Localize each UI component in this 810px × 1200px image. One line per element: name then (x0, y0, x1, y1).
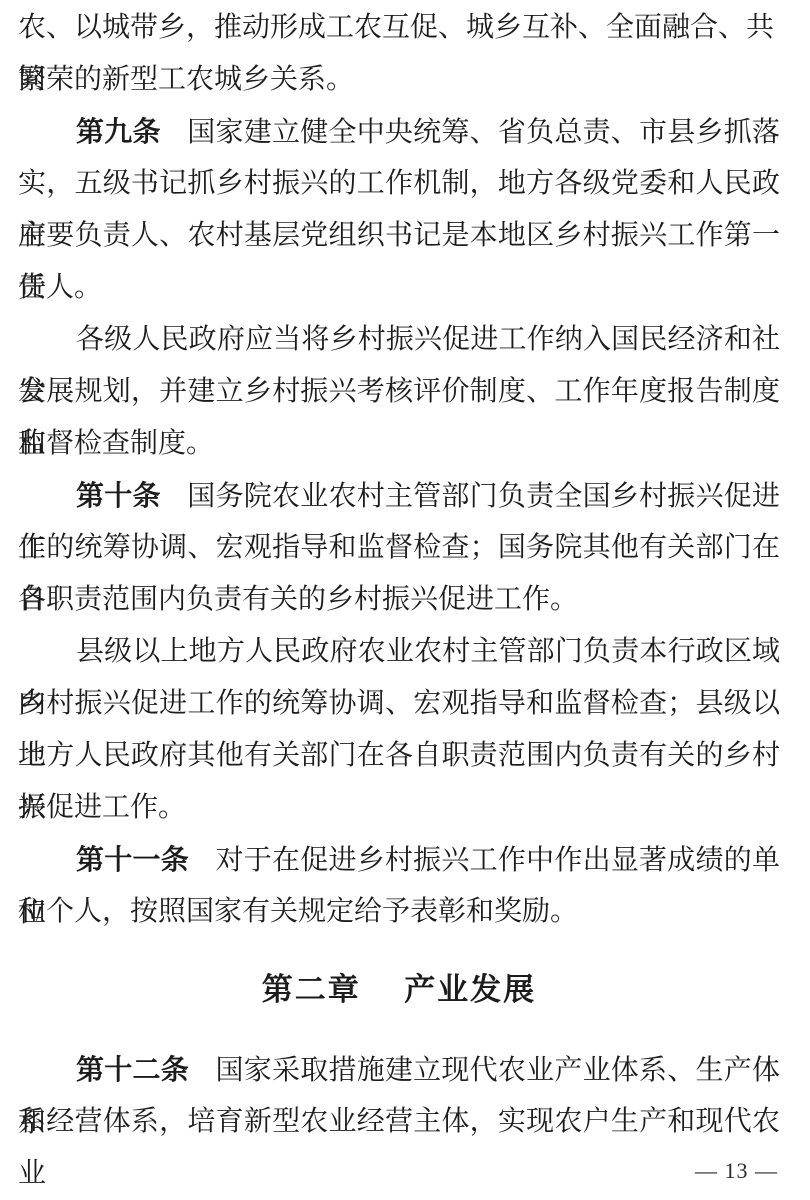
document-line: 实，五级书记抓乡村振兴的工作机制，地方各级党委和人民政府 (18, 158, 780, 210)
document-line: 农、以城带乡，推动形成工农互促、城乡互补、全面融合、共同 (18, 2, 780, 54)
article-number-label: 第十二条 (76, 1054, 189, 1085)
document-line: 繁荣的新型工农城乡关系。 (18, 54, 780, 106)
page-number: — 13 — (18, 1156, 780, 1186)
document-page: 农、以城带乡，推动形成工农互促、城乡互补、全面融合、共同 繁荣的新型工农城乡关系… (0, 0, 810, 1200)
document-line-article-9: 第九条国家建立健全中央统筹、省负总责、市县乡抓落 (18, 106, 780, 158)
chapter-heading: 第二章产业发展 (18, 964, 780, 1016)
chapter-number: 第二章 (262, 972, 361, 1007)
line-text: 自职责范围内负责有关的乡村振兴促进工作。 (18, 584, 578, 615)
line-text: 兴促进工作。 (18, 792, 186, 823)
line-text: 任人。 (18, 272, 102, 303)
document-line: 乡村振兴促进工作的统筹协调、宏观指导和监督检查；县级以上 (18, 678, 780, 730)
document-line: 任人。 (18, 262, 780, 314)
article-number-label: 第十一条 (76, 844, 189, 875)
document-line: 自职责范围内负责有关的乡村振兴促进工作。 (18, 574, 780, 626)
article-number-label: 第九条 (76, 116, 161, 147)
article-number-label: 第十条 (76, 480, 161, 511)
document-line: 监督检查制度。 (18, 418, 780, 470)
document-line: 和经营体系，培育新型农业经营主体，实现农户生产和现代农业 (18, 1096, 780, 1148)
document-line: 兴促进工作。 (18, 782, 780, 834)
document-line: 主要负责人、农村基层党组织书记是本地区乡村振兴工作第一责 (18, 210, 780, 262)
document-line-article-11: 第十一条对于在促进乡村振兴工作中作出显著成绩的单位 (18, 834, 780, 886)
document-line-article-12: 第十二条国家采取措施建立现代农业产业体系、生产体系 (18, 1044, 780, 1096)
line-text: 监督检查制度。 (18, 428, 214, 459)
page-number-label: — 13 — (695, 1158, 778, 1183)
line-text: 国家建立健全中央统筹、省负总责、市县乡抓落 (187, 117, 780, 148)
line-text: 和个人，按照国家有关规定给予表彰和奖励。 (18, 896, 578, 927)
document-line: 地方人民政府其他有关部门在各自职责范围内负责有关的乡村振 (18, 730, 780, 782)
document-line-article-10: 第十条国务院农业农村主管部门负责全国乡村振兴促进工 (18, 470, 780, 522)
document-line: 各级人民政府应当将乡村振兴促进工作纳入国民经济和社会 (18, 314, 780, 366)
document-line: 发展规划，并建立乡村振兴考核评价制度、工作年度报告制度和 (18, 366, 780, 418)
document-line: 作的统筹协调、宏观指导和监督检查；国务院其他有关部门在各 (18, 522, 780, 574)
line-text: 繁荣的新型工农城乡关系。 (18, 64, 354, 95)
chapter-title: 产业发展 (404, 972, 536, 1007)
document-line: 县级以上地方人民政府农业农村主管部门负责本行政区域内 (18, 626, 780, 678)
document-line: 和个人，按照国家有关规定给予表彰和奖励。 (18, 886, 780, 938)
